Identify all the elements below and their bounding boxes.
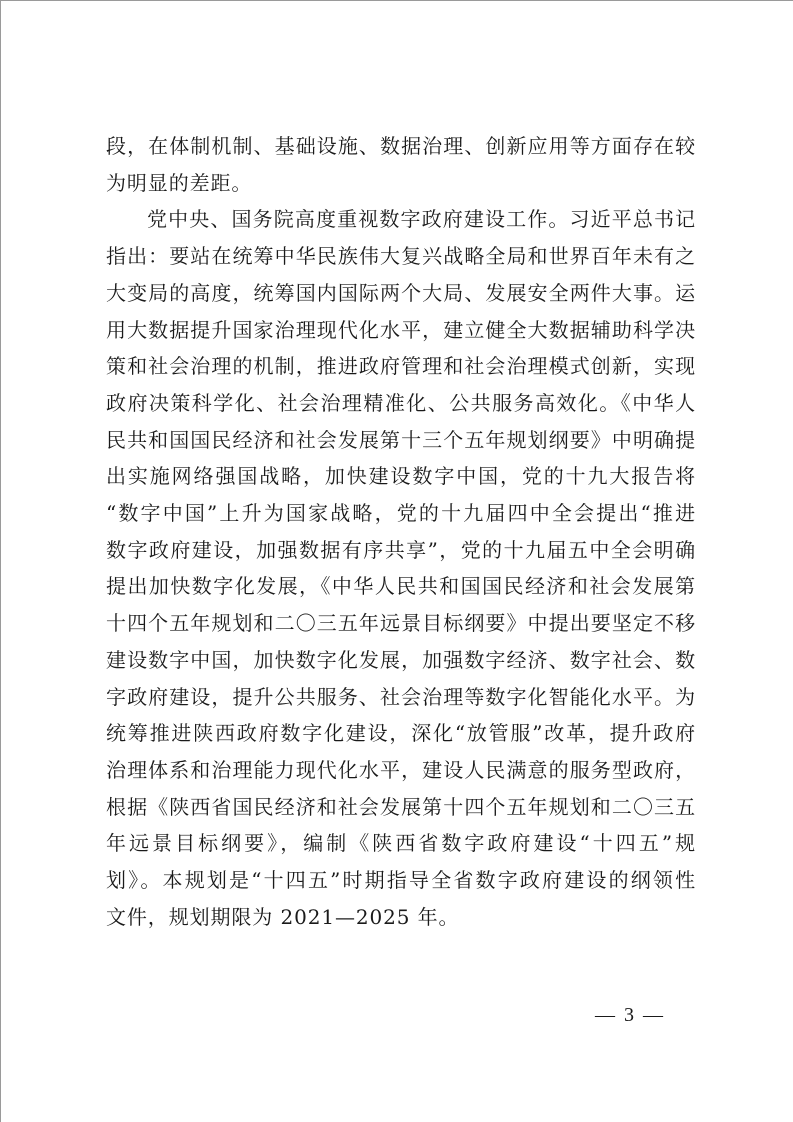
document-page: 段，在体制机制、基础设施、数据治理、创新应用等方面存在较 为明显的差距。 党中央… — [1, 1, 793, 1122]
text-line: 提出加快数字化发展，《中华人民共和国国民经济和社会发展第 — [106, 568, 696, 605]
text-line: 策和社会治理的机制，推进政府管理和社会治理模式创新，实现 — [106, 348, 696, 385]
text-line: 为明显的差距。 — [106, 165, 696, 202]
text-line: 出实施网络强国战略，加快建设数字中国，党的十九大报告将 — [106, 458, 696, 495]
text-line: 治理体系和治理能力现代化水平，建设人民满意的服务型政府， — [106, 752, 696, 789]
body-text: 段，在体制机制、基础设施、数据治理、创新应用等方面存在较 为明显的差距。 党中央… — [106, 128, 696, 935]
text-line: 大变局的高度，统筹国内国际两个大局、发展安全两件大事。运 — [106, 275, 696, 312]
text-line: 政府决策科学化、社会治理精准化、公共服务高效化。《中华人 — [106, 385, 696, 422]
text-line: 十四个五年规划和二〇三五年远景目标纲要》中提出要坚定不移 — [106, 605, 696, 642]
page-number: — 3 — — [595, 1004, 665, 1027]
text-line: 党中央、国务院高度重视数字政府建设工作。习近平总书记 — [106, 201, 696, 238]
text-line: 年远景目标纲要》，编制《陕西省数字政府建设“十四五”规 — [106, 825, 696, 862]
text-line: 根据《陕西省国民经济和社会发展第十四个五年规划和二〇三五 — [106, 789, 696, 826]
text-line: 指出：要站在统筹中华民族伟大复兴战略全局和世界百年未有之 — [106, 238, 696, 275]
text-line: 文件，规划期限为 2021—2025 年。 — [106, 899, 696, 936]
text-line: 字政府建设，提升公共服务、社会治理等数字化智能化水平。为 — [106, 679, 696, 716]
text-line: 建设数字中国，加快数字化发展，加强数字经济、数字社会、数 — [106, 642, 696, 679]
text-line: 数字政府建设，加强数据有序共享”，党的十九届五中全会明确 — [106, 532, 696, 569]
text-line: 用大数据提升国家治理现代化水平，建立健全大数据辅助科学决 — [106, 312, 696, 349]
paragraph-continuation: 段，在体制机制、基础设施、数据治理、创新应用等方面存在较 为明显的差距。 — [106, 128, 696, 201]
text-line: 民共和国国民经济和社会发展第十三个五年规划纲要》中明确提 — [106, 422, 696, 459]
text-line: 统筹推进陕西政府数字化建设，深化“放管服”改革，提升政府 — [106, 715, 696, 752]
paragraph-background: 党中央、国务院高度重视数字政府建设工作。习近平总书记 指出：要站在统筹中华民族伟… — [106, 201, 696, 935]
text-line: “数字中国”上升为国家战略，党的十九届四中全会提出“推进 — [106, 495, 696, 532]
text-line: 段，在体制机制、基础设施、数据治理、创新应用等方面存在较 — [106, 128, 696, 165]
text-line: 划》。本规划是“十四五”时期指导全省数字政府建设的纲领性 — [106, 862, 696, 899]
